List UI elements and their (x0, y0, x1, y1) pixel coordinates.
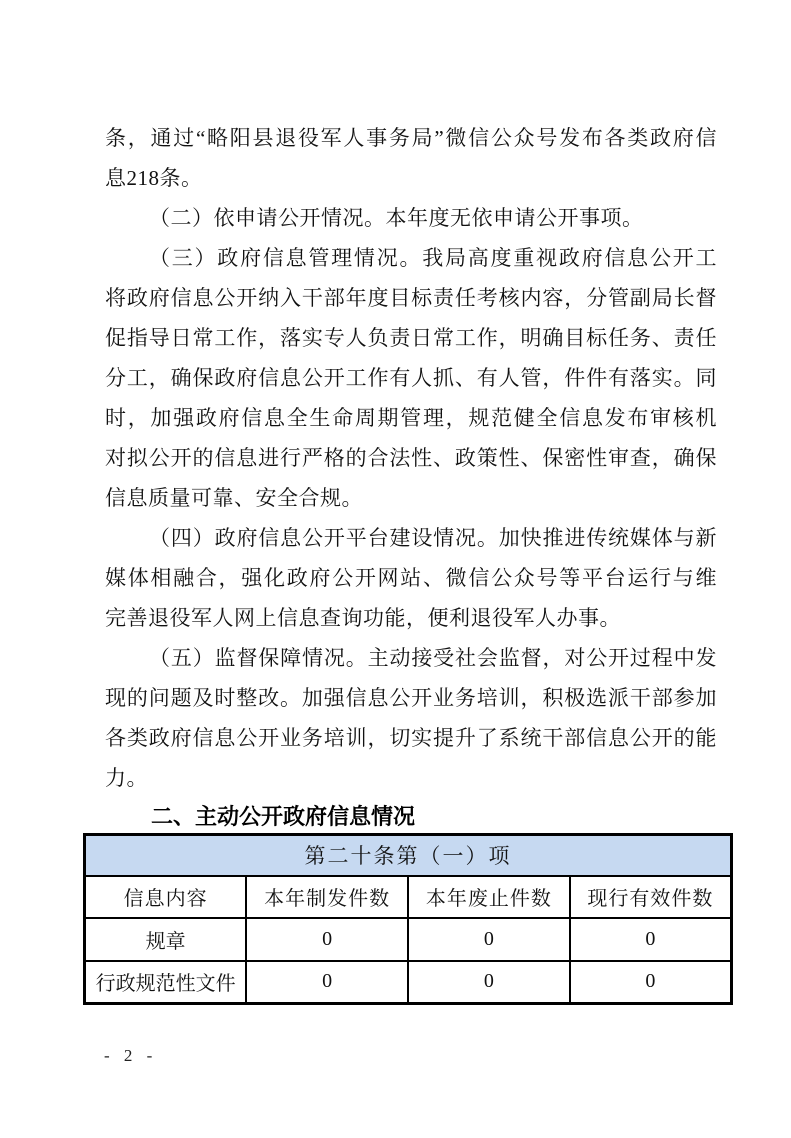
table-header-row: 信息内容 本年制发件数 本年废止件数 现行有效件数 (85, 876, 732, 918)
table-column-header: 本年制发件数 (246, 876, 408, 918)
text-line: 媒体相融合，强化政府公开网站、微信公众号等平台运行与维护， (105, 558, 717, 598)
text-line: 时，加强政府信息全生命周期管理，规范健全信息发布审核机制， (105, 398, 717, 438)
body-text: 条，通过“略阳县退役军人事务局”微信公众号发布各类政府信 息218条。 （二）依… (105, 118, 717, 798)
table-title-cell: 第二十条第（一）项 (85, 835, 732, 876)
table-column-header: 信息内容 (85, 876, 247, 918)
table-cell-value: 0 (246, 961, 408, 1004)
table-row-label: 行政规范性文件 (85, 961, 247, 1004)
section-heading: 二、主动公开政府信息情况 (105, 799, 717, 835)
text-line: 对拟公开的信息进行严格的合法性、政策性、保密性审查，确保 (105, 438, 717, 478)
text-line: （四）政府信息公开平台建设情况。加快推进传统媒体与新 (105, 518, 717, 558)
table-cell-value: 0 (408, 918, 570, 961)
table-row: 行政规范性文件 0 0 0 (85, 961, 732, 1004)
text-line: 各类政府信息公开业务培训，切实提升了系统干部信息公开的能 (105, 718, 717, 758)
text-line: 将政府信息公开纳入干部年度目标责任考核内容，分管副局长督 (105, 278, 717, 318)
table-row-label: 规章 (85, 918, 247, 961)
text-line: 分工，确保政府信息公开工作有人抓、有人管，件件有落实。同 (105, 358, 717, 398)
table-cell-value: 0 (570, 961, 732, 1004)
disclosure-table-wrap: 第二十条第（一）项 信息内容 本年制发件数 本年废止件数 现行有效件数 规章 0… (83, 833, 733, 1005)
text-line: 息218条。 (105, 158, 717, 198)
page-number: - 2 - (104, 1046, 157, 1066)
table-title-row: 第二十条第（一）项 (85, 835, 732, 876)
text-line: 力。 (105, 758, 717, 798)
table-column-header: 现行有效件数 (570, 876, 732, 918)
text-line: （三）政府信息管理情况。我局高度重视政府信息公开工作， (105, 238, 717, 278)
text-line: 条，通过“略阳县退役军人事务局”微信公众号发布各类政府信 (105, 118, 717, 158)
table-column-header: 本年废止件数 (408, 876, 570, 918)
text-line: 促指导日常工作，落实专人负责日常工作，明确目标任务、责任 (105, 318, 717, 358)
table-cell-value: 0 (570, 918, 732, 961)
text-line: 现的问题及时整改。加强信息公开业务培训，积极选派干部参加 (105, 678, 717, 718)
document-page: 条，通过“略阳县退役军人事务局”微信公众号发布各类政府信 息218条。 （二）依… (0, 0, 791, 1138)
disclosure-table: 第二十条第（一）项 信息内容 本年制发件数 本年废止件数 现行有效件数 规章 0… (83, 833, 733, 1005)
text-line: 完善退役军人网上信息查询功能，便利退役军人办事。 (105, 598, 717, 638)
text-line: （五）监督保障情况。主动接受社会监督，对公开过程中发 (105, 638, 717, 678)
text-line: 信息质量可靠、安全合规。 (105, 478, 717, 518)
table-cell-value: 0 (408, 961, 570, 1004)
table-cell-value: 0 (246, 918, 408, 961)
text-line: （二）依申请公开情况。本年度无依申请公开事项。 (105, 198, 717, 238)
table-row: 规章 0 0 0 (85, 918, 732, 961)
